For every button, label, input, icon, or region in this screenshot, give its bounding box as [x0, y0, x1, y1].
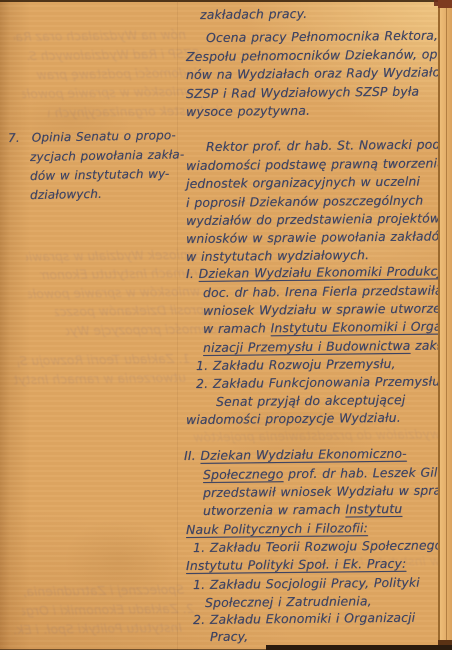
text-segment: Opinia Senatu o propo-: [32, 128, 176, 145]
text-segment: Senat przyjął do akceptującej: [216, 392, 405, 409]
bleed-through-smudge: wniosków w sprawie powołania zakładów: [28, 284, 200, 301]
text-segment: wysoce pozytywna.: [186, 103, 310, 119]
handwritten-line: II. Dziekan Wydziału Ekonomiczno-: [184, 446, 407, 463]
handwritten-line: nizacji Przemysłu i Budownictwa zakładów…: [203, 337, 452, 355]
bleed-through-smudge: wniosków w sprawie powołania zakładów: [22, 84, 194, 101]
text-segment: nów na Wydziałach oraz Rady Wydziałowej: [186, 64, 452, 82]
text-segment: Ocena pracy Pełnomocnika Rektora,: [206, 28, 438, 45]
text-segment: Nauk Politycznych i Filozofii:: [186, 520, 368, 537]
handwritten-line: utworzenia w ramach Instytutu: [203, 501, 402, 518]
text-segment: Społecznej i Zatrudnienia,: [205, 593, 372, 610]
text-segment: nizacji Przemysłu i Budownictwa: [203, 338, 411, 355]
handwritten-line: Społecznej i Zatrudnienia,: [205, 593, 372, 610]
text-segment: Zespołu pełnomocników Dziekanów, opieku-: [186, 46, 452, 64]
text-segment: działowych.: [30, 187, 102, 202]
bleed-through-smudge: 1. Zakładu Teorii Rozwoju Społecznego.: [18, 351, 190, 368]
margin-note-line: zycjach powołania zakła-: [30, 147, 185, 165]
handwritten-line: i poprosił Dziekanów poszczególnych: [186, 193, 423, 210]
text-segment: Instytutu: [345, 501, 402, 517]
text-segment: dów w instytutach wy-: [30, 167, 170, 183]
text-segment: I.: [186, 266, 199, 281]
handwritten-line: 1. Zakładu Socjologii Pracy, Polityki: [193, 575, 420, 592]
handwritten-line: wniosków w sprawie powołania zakładów: [186, 228, 450, 246]
handwritten-line: 2. Zakładu Funkcjonowania Przemysłu.: [196, 373, 444, 391]
handwritten-line: I. Dziekan Wydziału Ekonomiki Produkcji: [186, 263, 445, 281]
handwritten-line: w ramach Instytutu Ekonomiki i Orga-: [203, 318, 446, 336]
bleed-through-smudge: wydziałów do przedstawienia projektów: [190, 426, 440, 444]
handwritten-line: wniosek Wydziału w sprawie utworzenia: [203, 300, 452, 318]
handwritten-line: 1. Zakładu Rozwoju Przemysłu,: [196, 356, 396, 373]
next-page-edge: [440, 0, 452, 650]
text-segment: 2. Zakładu Ekonomiki i Organizacji: [193, 610, 415, 627]
handwritten-line: Rektor prof. dr hab. St. Nowacki podał d…: [206, 136, 452, 154]
margin-note-line: 7.Opinia Senatu o propo-: [8, 128, 176, 146]
text-segment: 7.: [8, 131, 20, 145]
text-segment: Instytutu Polityki Społ. i Ek. Pracy:: [186, 556, 406, 573]
text-segment: II.: [184, 448, 201, 463]
handwritten-line: nów na Wydziałach oraz Rady Wydziałowej: [186, 64, 452, 82]
text-segment: i poprosił Dziekanów poszczególnych: [186, 193, 423, 210]
bleed-through-smudge: SZSP i Rad Wydziałowych SZSP była: [28, 46, 200, 63]
text-segment: 1. Zakładu Rozwoju Przemysłu,: [196, 356, 396, 373]
handwritten-line: wydziałów do przedstawienia projektów: [186, 210, 440, 228]
text-segment: SZSP i Rad Wydziałowych SZSP była: [186, 84, 419, 101]
handwritten-line: przedstawił wniosek Wydziału w sprawie: [203, 482, 452, 500]
text-segment: 1. Zakładu Teorii Rozwoju Społecznego.: [193, 537, 447, 555]
text-segment: prof. dr hab. Leszek Gilejko: [283, 464, 452, 481]
text-segment: doc. dr hab. Irena Fierla przedstawiła: [203, 282, 443, 300]
handwritten-line: jednostek organizacyjnych w uczelni: [186, 174, 420, 191]
text-segment: Dziekan Wydziału Ekonomiki Produkcji: [199, 263, 445, 281]
handwritten-line: wiadomości podstawę prawną tworzenia: [186, 155, 445, 173]
bleed-through-smudge: Społecznej i Zatrudnienia,: [12, 582, 184, 599]
handwritten-line: wiadomości propozycje Wydziału.: [186, 410, 401, 427]
text-segment: jednostek organizacyjnych w uczelni: [186, 174, 420, 191]
handwritten-line: Senat przyjął do akceptującej: [216, 392, 405, 409]
bleed-through-smudge: wiadomości podstawę prawną tworzenia: [36, 65, 208, 82]
text-segment: Społecznego: [203, 466, 284, 482]
text-segment: wiadomości propozycje Wydziału.: [186, 410, 401, 427]
text-segment: Instytutu Ekonomiki i Orga-: [270, 318, 446, 335]
bleed-through-smudge: Instytutu Polityki Społ. i Ek. Pracy:: [10, 620, 182, 637]
text-segment: wiadomości podstawę prawną tworzenia: [186, 155, 445, 173]
margin-fold-line: [177, 0, 178, 650]
handwritten-line: doc. dr hab. Irena Fierla przedstawiła: [203, 282, 443, 300]
text-segment: Pracy,: [210, 629, 248, 644]
next-page-edge-top: [438, 0, 452, 8]
bleed-through-smudge: 2. Zakładu Ekonomiki i Organizacji: [22, 601, 194, 618]
text-segment: Dziekan Wydziału Ekonomiczno-: [200, 446, 406, 463]
handwritten-line: Instytutu Polityki Społ. i Ek. Pracy:: [186, 556, 406, 573]
handwritten-line: Społecznego prof. dr hab. Leszek Gilejko: [203, 464, 452, 482]
scan-top-border: [0, 0, 452, 2]
handwritten-line: Pracy,: [210, 629, 248, 644]
handwritten-line: w instytutach wydziałowych.: [186, 247, 369, 264]
bleed-through-smudge: nów na Wydziałach oraz Rady Wydziałowej: [14, 27, 186, 44]
text-segment: przedstawił wniosek Wydziału w sprawie: [203, 482, 452, 500]
bleed-through-smudge: utworzenia w ramach Instytutu: [14, 370, 186, 387]
handwritten-line: zakładach pracy.: [200, 6, 307, 22]
text-segment: zakładach pracy.: [200, 6, 307, 22]
handwritten-line: Ocena pracy Pełnomocnika Rektora,: [206, 28, 438, 45]
bleed-through-smudge: wniosek Wydziału w sprawie utworzenia: [26, 247, 198, 264]
text-segment: wydziałów do przedstawienia projektów: [186, 210, 440, 228]
text-segment: 1. Zakładu Socjologii Pracy, Polityki: [193, 575, 420, 592]
text-segment: utworzenia w ramach: [203, 502, 345, 518]
handwritten-line: SZSP i Rad Wydziałowych SZSP była: [186, 84, 419, 101]
handwritten-line: Zespołu pełnomocników Dziekanów, opieku-: [186, 46, 452, 64]
text-segment: wniosków w sprawie powołania zakładów: [186, 228, 450, 246]
text-segment: wniosek Wydziału w sprawie utworzenia: [203, 300, 452, 318]
text-segment: w instytutach wydziałowych.: [186, 247, 369, 264]
handwritten-line: Nauk Politycznych i Filozofii:: [186, 520, 368, 537]
handwritten-line: 1. Zakładu Teorii Rozwoju Społecznego.: [193, 537, 447, 555]
handwritten-line: wysoce pozytywna.: [186, 103, 310, 119]
margin-note-line: działowych.: [30, 187, 102, 203]
text-segment: 2. Zakładu Funkcjonowania Przemysłu.: [196, 373, 444, 391]
bleed-through-smudge: i poprosił Dziekanów poszczególnych: [55, 302, 227, 319]
text-segment: w ramach: [203, 320, 271, 336]
scanned-page: nów na Wydziałach oraz Rady WydziałowejS…: [0, 0, 452, 650]
text-segment: Rektor prof. dr hab. St. Nowacki podał d…: [206, 136, 452, 154]
handwritten-line: 2. Zakładu Ekonomiki i Organizacji: [193, 610, 415, 627]
margin-note-line: dów w instytutach wy-: [30, 167, 170, 184]
text-segment: zycjach powołania zakła-: [30, 147, 184, 164]
